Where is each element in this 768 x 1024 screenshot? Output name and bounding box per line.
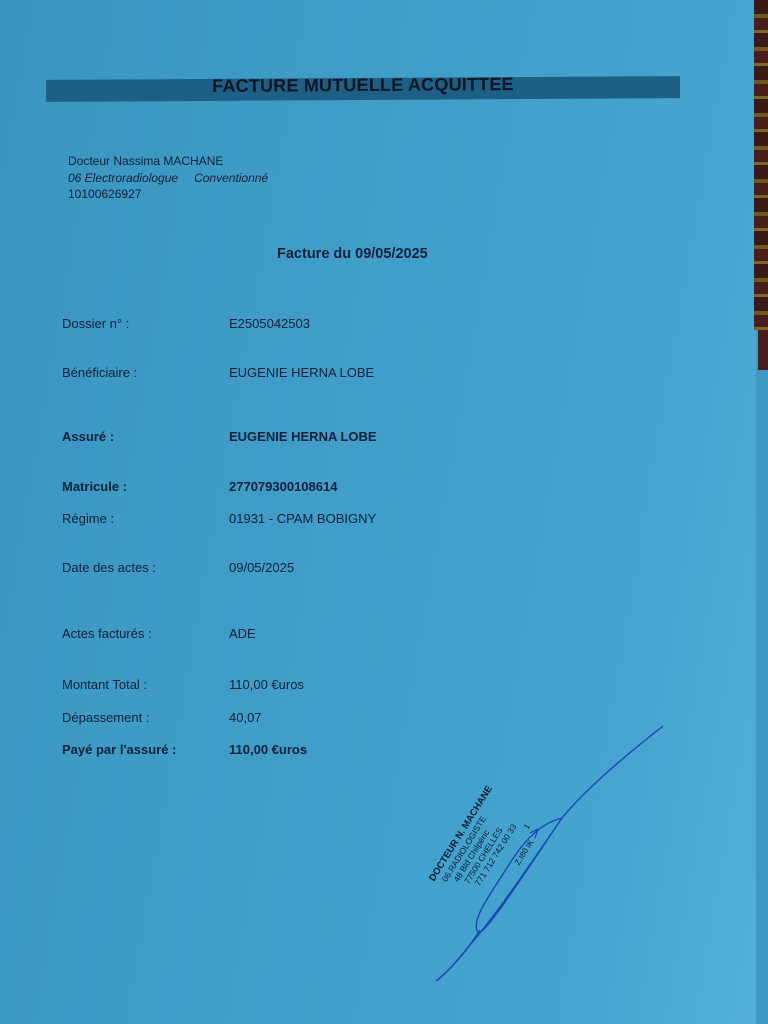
signature-stroke bbox=[436, 726, 663, 981]
signature-scribble bbox=[0, 0, 768, 1024]
